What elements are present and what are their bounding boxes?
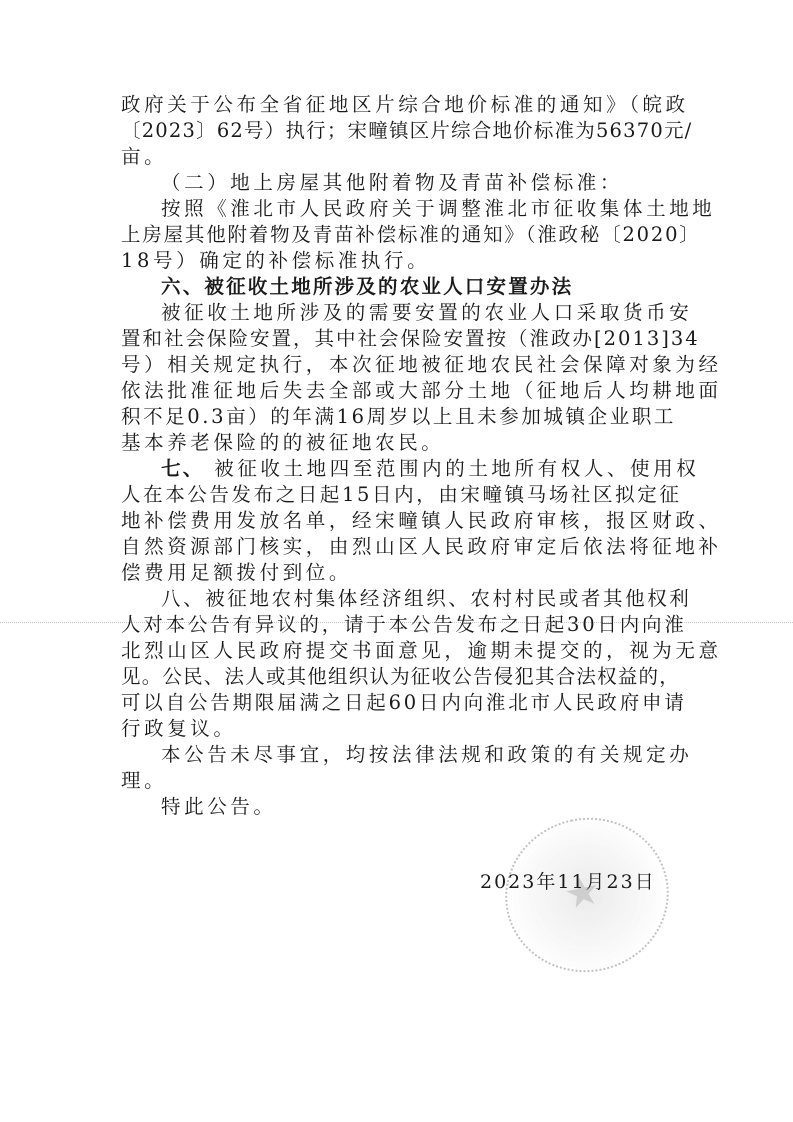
text-span: 被征收土地四至范围内的土地所有权人、使用权 (214, 457, 699, 480)
text-line: 置和社会保险安置，其中社会保险安置按（淮政办[2013]34 (121, 326, 673, 352)
document-body: 政府关于公布全省征地区片综合地价标准的通知》（皖政 〔2023〕62号）执行；宋… (121, 92, 673, 820)
text-line: 被征收土地所涉及的需要安置的农业人口采取货币安 (121, 300, 673, 326)
text-line: 依法批准征地后失去全部或大部分土地（征地后人均耕地面 (121, 378, 673, 404)
document-date: 2023年11月23日 (480, 867, 656, 894)
text-line: 北烈山区人民政府提交书面意见，逾期未提交的，视为无意 (121, 638, 673, 664)
text-line: 18号）确定的补偿标准执行。 (121, 248, 673, 274)
closing-line: 本公告未尽事宜，均按法律法规和政策的有关规定办 (121, 742, 673, 768)
text-line: 亩。 (121, 144, 673, 170)
section-7-line: 七、 被征收土地四至范围内的土地所有权人、使用权 (121, 456, 673, 482)
text-line: 人对本公告有异议的，请于本公告发布之日起30日内向淮 (121, 612, 673, 638)
section-6-heading: 六、被征收土地所涉及的农业人口安置办法 (121, 274, 673, 300)
text-line: 号）相关规定执行，本次征地被征地农民社会保障对象为经 (121, 352, 673, 378)
closing-notice: 特此公告。 (121, 794, 673, 820)
text-line: 可以自公告期限届满之日起60日内向淮北市人民政府申请 (121, 690, 673, 716)
text-line: 政府关于公布全省征地区片综合地价标准的通知》（皖政 (121, 92, 673, 118)
official-seal-icon: ★ (491, 803, 683, 988)
text-line: 见。公民、法人或其他组织认为征收公告侵犯其合法权益的， (121, 664, 673, 690)
text-line: 〔2023〕62号）执行；宋疃镇区片综合地价标准为56370元/ (121, 118, 673, 144)
text-line: 理。 (121, 768, 673, 794)
text-line: 按照《淮北市人民政府关于调整淮北市征收集体土地地 (121, 196, 673, 222)
text-line: 人在本公告发布之日起15日内，由宋疃镇马场社区拟定征 (121, 482, 673, 508)
section-2-title: （二）地上房屋其他附着物及青苗补偿标准： (121, 170, 673, 196)
section-7-heading: 七、 (161, 457, 204, 480)
text-line: 积不足0.3亩）的年满16周岁以上且未参加城镇企业职工 (121, 404, 673, 430)
text-line: 偿费用足额拨付到位。 (121, 560, 673, 586)
text-line: 基本养老保险的的被征地农民。 (121, 430, 673, 456)
text-line: 地补偿费用发放名单，经宋疃镇人民政府审核，报区财政、 (121, 508, 673, 534)
text-line: 上房屋其他附着物及青苗补偿标准的通知》（淮政秘〔2020〕 (121, 222, 673, 248)
document-page: 政府关于公布全省征地区片综合地价标准的通知》（皖政 〔2023〕62号）执行；宋… (0, 0, 793, 1122)
text-line: 行政复议。 (121, 716, 673, 742)
text-line: 自然资源部门核实，由烈山区人民政府审定后依法将征地补 (121, 534, 673, 560)
section-8-line: 八、被征地农村集体经济组织、农村村民或者其他权利 (121, 586, 673, 612)
